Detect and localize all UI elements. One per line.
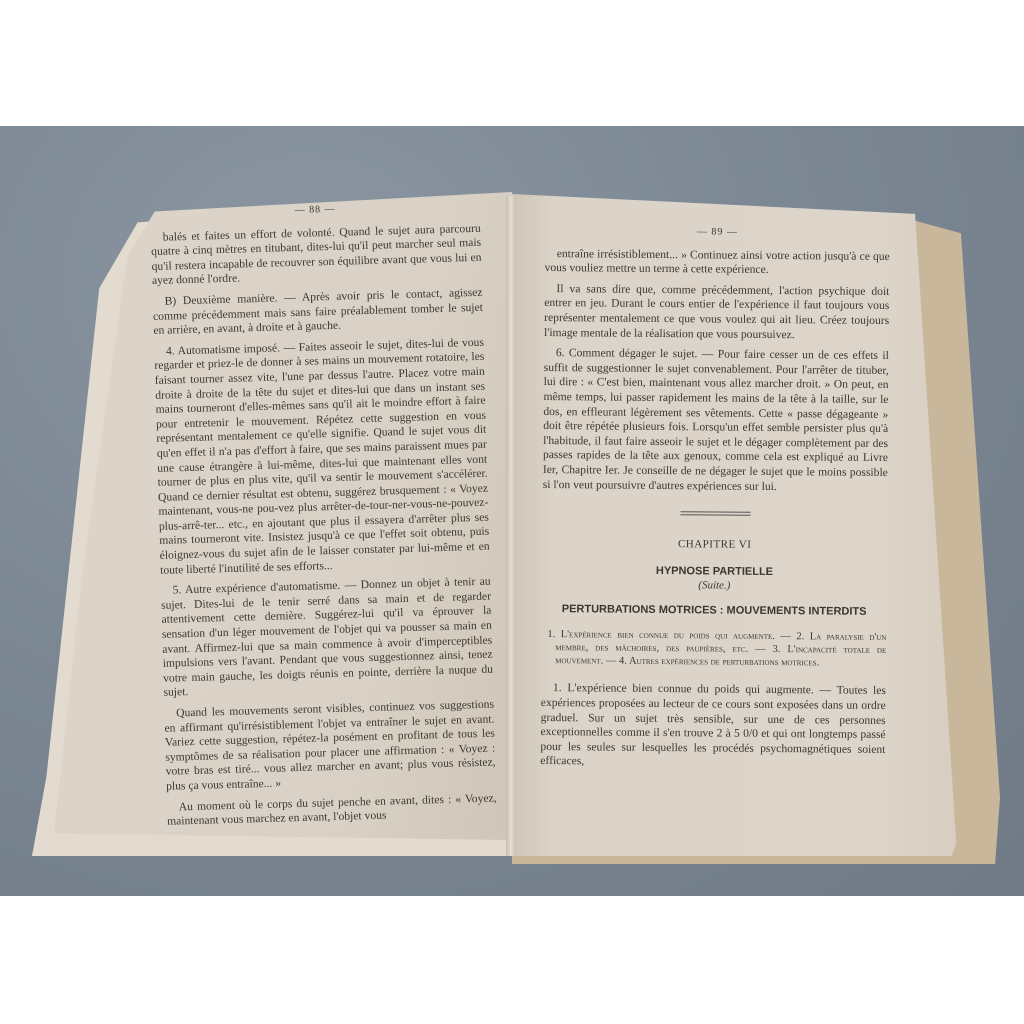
paragraph: 5. Autre expérience d'automatisme. — Don… xyxy=(161,575,494,701)
paragraph: B) Deuxième manière. — Après avoir pris … xyxy=(152,286,483,339)
left-page-text: — 88 — balés et faites un effort de volo… xyxy=(150,199,497,836)
paragraph: 6. Comment dégager le sujet. — Pour fair… xyxy=(543,346,889,495)
paragraph: 1. L'expérience bien connue du poids qui… xyxy=(540,681,886,772)
paragraph: Quand les mouvements seront visibles, co… xyxy=(164,698,496,795)
right-folio: — 89 — xyxy=(545,224,890,242)
chapter-rule xyxy=(680,511,750,516)
open-book: — 88 — balés et faites un effort de volo… xyxy=(0,126,1024,896)
book-gutter xyxy=(506,196,516,856)
paragraph: balés et faites un effort de volonté. Qu… xyxy=(151,221,483,289)
chapter-number: CHAPITRE VI xyxy=(542,536,887,554)
paragraph: Au moment où le corps du sujet penche en… xyxy=(167,791,498,829)
left-folio: — 88 — xyxy=(150,199,480,223)
paragraph: 4. Automatisme imposé. — Faites asseoir … xyxy=(154,335,490,578)
section-title: PERTURBATIONS MOTRICES : MOUVEMENTS INTE… xyxy=(542,602,887,620)
chapter-summary: 1. L'expérience bien connue du poids qui… xyxy=(541,628,886,670)
book-photo: — 88 — balés et faites un effort de volo… xyxy=(0,126,1024,896)
right-page-text: — 89 — entraîne irrésistiblement... » Co… xyxy=(540,224,890,778)
paragraph: Il va sans dire que, comme précédemment,… xyxy=(544,282,889,343)
paragraph: entraîne irrésistiblement... » Continuez… xyxy=(545,247,890,279)
chapter-subtitle: (Suite.) xyxy=(542,577,887,595)
